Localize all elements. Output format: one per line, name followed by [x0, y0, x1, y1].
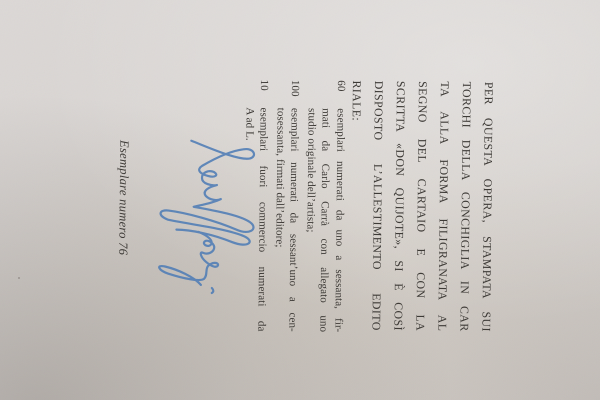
edition-text: esemplari numerati da uno a sessanta, fi…	[332, 108, 346, 332]
colophon-line: DISPOSTO L’ALLESTIMENTO EDITO	[365, 81, 390, 331]
copy-number-line: Esemplare numero 76	[114, 140, 131, 326]
edition-text: esemplari numerati da sessant’uno a cen-	[287, 108, 301, 332]
edition-item: 60esemplari numerati da uno a sessanta, …	[302, 80, 348, 332]
colophon-line: TORCHI DELLA CONCHIGLIA IN CAR	[453, 82, 478, 332]
edition-line: 60esemplari numerati da uno a sessanta, …	[331, 108, 348, 332]
colophon-statement: PER QUESTA OPERA, STAMPATA SUI TORCHI DE…	[343, 80, 500, 332]
edition-item: 100esemplari numerati da sessant’uno a c…	[271, 80, 303, 332]
colophon-line: SCRITTA «DON QUIJOTE», SI È COSÌ	[387, 81, 412, 331]
edition-line: studio originale dell’artista;	[302, 108, 319, 332]
colophon-line: PER QUESTA OPERA, STAMPATA SUI	[475, 82, 500, 332]
edition-line: tosessanta, firmati dall’editore;	[271, 108, 288, 332]
edition-line: mati da Carlo Carrà con allegato uno	[316, 108, 333, 332]
colophon-line: SEGNO DEL CARTAIO E CON LA	[409, 81, 434, 331]
edition-line: 100esemplari numerati da sessant’uno a c…	[285, 108, 302, 332]
colophon-line: TA ALLA FORMA FILIGRANATA AL	[431, 81, 456, 331]
handwritten-signature	[146, 132, 260, 301]
book-page-photo: PER QUESTA OPERA, STAMPATA SUI TORCHI DE…	[0, 0, 600, 400]
colophon-block: PER QUESTA OPERA, STAMPATA SUI TORCHI DE…	[77, 78, 500, 332]
edition-count: 10	[257, 79, 272, 102]
paper-speck	[18, 277, 20, 279]
edition-count: 100	[288, 80, 303, 103]
edition-count: 60	[333, 80, 348, 103]
